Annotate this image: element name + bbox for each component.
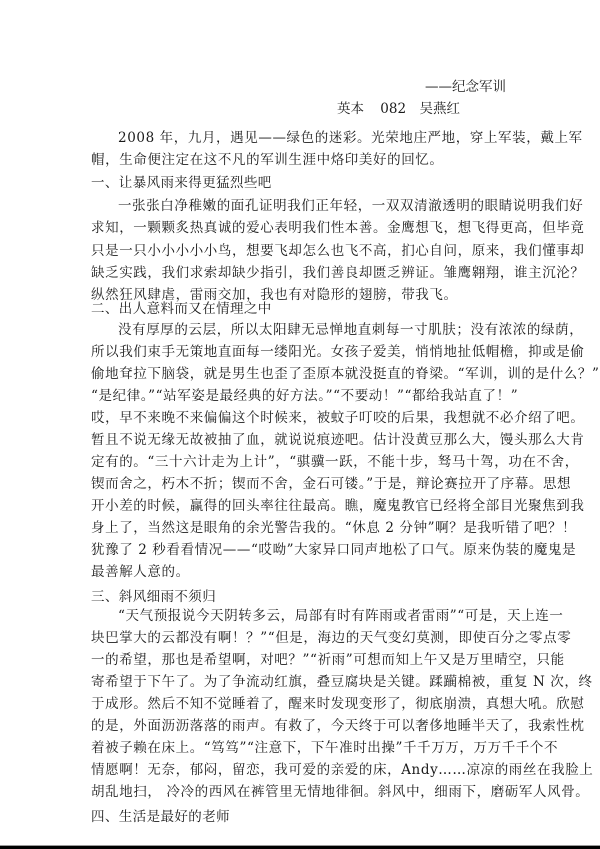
paragraph-line: 没有厚厚的云层，所以太阳肆无忌惮地直刺每一寸肌肤；没有浓浓的绿荫， — [91, 321, 511, 339]
author-line: 英本 082 吴燕红 — [337, 100, 460, 118]
section-heading-2: 二、出人意料而又在情理之中 — [91, 300, 272, 318]
paragraph-line: 哎，早不来晚不来偏偏这个时候来，被蚊子叮咬的后果，我想就不必介绍了吧。 — [91, 409, 511, 427]
section-heading-3: 三、斜风细雨不须归 — [91, 588, 216, 606]
paragraph-line: 寄希望于下午了。为了争流动红旗，叠豆腐块是关键。蹂躏棉被，重复 N 次，终 — [91, 673, 511, 691]
paragraph-line: 所以我们束手无策地直面每一缕阳光。女孩子爱美，悄悄地扯低帽檐，抑或是偷 — [91, 343, 511, 361]
paragraph-line: 于成形。然后不知不觉睡着了，醒来时发现变形了，彻底崩溃，真想大吼。欣慰 — [91, 695, 511, 713]
intro-line: 帽，生命便注定在这不凡的军训生涯中烙印美好的回忆。 — [91, 151, 511, 169]
paragraph-line: 求知，一颗颗炙热真诚的爱心表明我们性本善。金鹰想飞，想飞得更高，但毕竟 — [91, 219, 511, 237]
paragraph-line: 犹豫了 2 秒看看情况——“哎呦”大家异口同声地松了口气。原来伪装的魔鬼是 — [91, 541, 511, 559]
section-heading-1: 一、让暴风雨来得更猛烈些吧 — [91, 174, 272, 192]
paragraph-line: 胡乱地扫， 冷冷的西风在裤管里无情地徘徊。斜风中，细雨下，磨砺军人风骨。 — [91, 783, 511, 801]
paragraph-line: 着被子赖在床上。“笃笃”“注意下，下午准时出操”千千万万，万万千千个不 — [91, 739, 511, 757]
paragraph-line: 偷地耷拉下脑袋，就是男生也歪了歪原本就没挺直的脊梁。“军训，训的是什么？” — [91, 365, 511, 383]
paragraph-line: 锲而舍之，朽木不折；锲而不舍，金石可镂。”于是，辩论赛拉开了序幕。思想 — [91, 475, 511, 493]
paragraph-line: 一张张白净稚嫩的面孔证明我们正年轻，一双双清澈透明的眼睛说明我们好 — [91, 197, 511, 215]
paragraph-line: 最善解人意的。 — [91, 563, 511, 581]
paragraph-line: 暂且不说无缘无故被抽了血，就说说痕迹吧。估计没黄豆那么大，馒头那么大肯 — [91, 431, 511, 449]
paragraph-line: 定有的。“三十六计走为上计”，“骐骥一跃，不能十步，驽马十驾，功在不舍， — [91, 453, 511, 471]
paragraph-line: 缺乏实践，我们求索却缺少指引，我们善良却匮乏辨证。雏鹰翱翔，谁主沉沦？ — [91, 264, 511, 282]
paragraph-line: 情愿啊！无奈，郁闷，留恋，我可爱的亲爱的床，Andy……凉凉的雨丝在我脸上 — [91, 761, 511, 779]
paragraph-line: 的是，外面沥沥落落的雨声。有救了，今天终于可以奢侈地睡半天了，我索性枕 — [91, 717, 511, 735]
paragraph-line: “是纪律。”“站军姿是最经典的好方法。”“不要动！”“都给我站直了！” — [91, 387, 511, 405]
paragraph-line: 块巴掌大的云都没有啊！？”“但是，海边的天气变幻莫测，即使百分之零点零 — [91, 629, 511, 647]
intro-line: 2008 年，九月，遇见——绿色的迷彩。光荣地庄严地，穿上军装，戴上军 — [91, 129, 511, 147]
paragraph-line: 开小差的时候，赢得的回头率往往最高。瞧，魔鬼教官已经将全部目光聚焦到我 — [91, 497, 511, 515]
paragraph-line: 只是一只小小小小小鸟，想要飞却怎么也飞不高，扪心自问，原来，我们懂事却 — [91, 242, 511, 260]
document-page: ——纪念军训 英本 082 吴燕红 2008 年，九月，遇见——绿色的迷彩。光荣… — [0, 0, 600, 845]
paragraph-line: “天气预报说今天阴转多云，局部有时有阵雨或者雷雨”“可是，天上连一 — [91, 607, 511, 625]
paragraph-line: 一的希望，那也是希望啊，对吧？”“祈雨”可想而知上午又是万里晴空，只能 — [91, 651, 511, 669]
paragraph-line: 身上了，当然这是眼角的余光警告我的。“休息 2 分钟”啊？是我听错了吧？！ — [91, 519, 511, 537]
document-subtitle: ——纪念军训 — [425, 78, 506, 96]
section-heading-4: 四、生活是最好的老师 — [91, 808, 230, 826]
